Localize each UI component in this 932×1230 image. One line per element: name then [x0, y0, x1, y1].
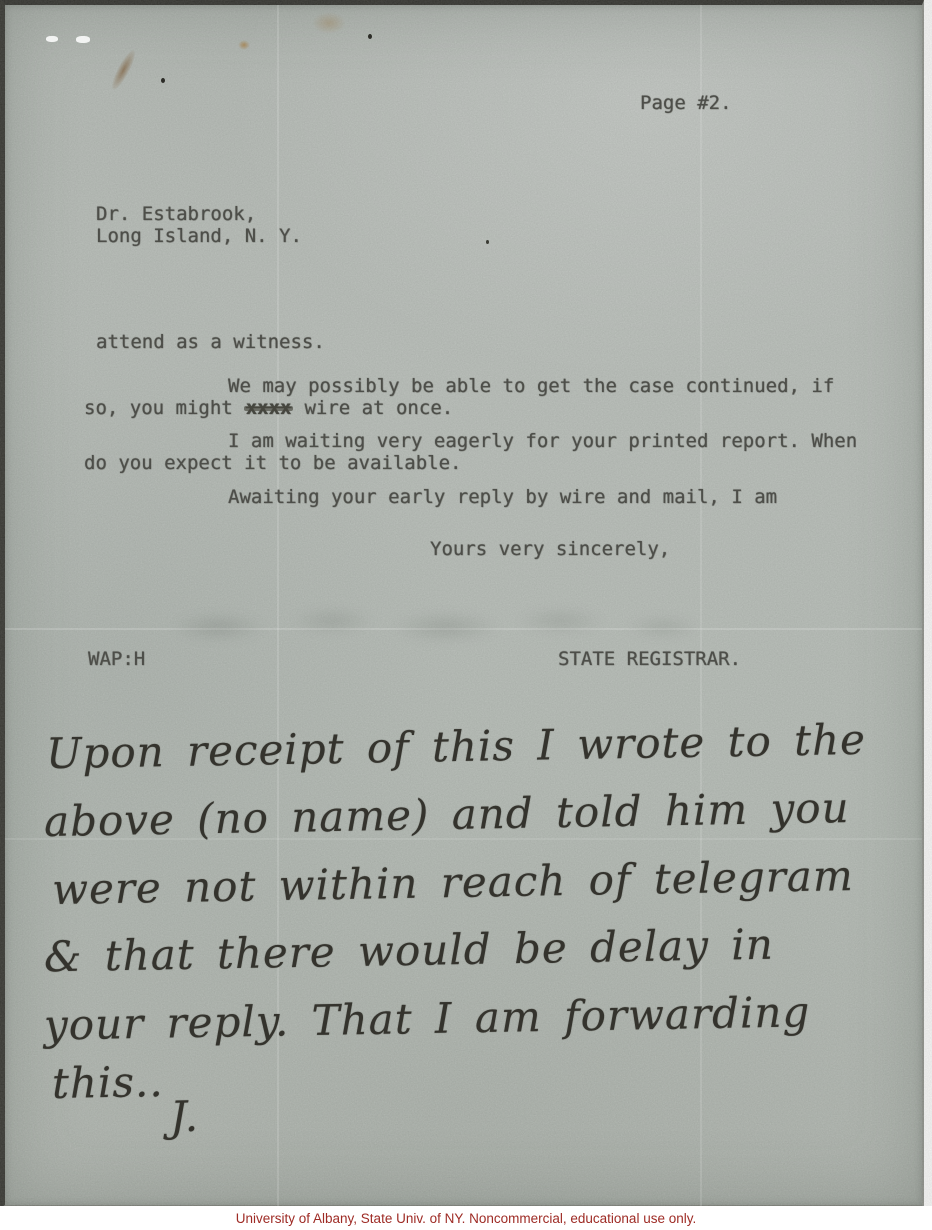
typed-line: do you expect it to be available.	[84, 452, 462, 474]
recipient-address: Long Island, N. Y.	[96, 225, 302, 247]
typed-line: so, you mightxxxxwire at once.	[84, 397, 453, 419]
typed-line: We may possibly be able to get the case …	[228, 375, 834, 397]
handwritten-line: this..	[52, 1057, 164, 1108]
typed-text: wire at once.	[304, 397, 453, 419]
footer-credit-text: University of Albany, State Univ. of NY.…	[236, 1211, 696, 1226]
handwritten-initial: J.	[170, 1092, 200, 1141]
typed-line: attend as a witness.	[96, 331, 325, 353]
typed-line: Awaiting your early reply by wire and ma…	[228, 486, 777, 508]
typist-initials: WAP:H	[88, 648, 145, 670]
signature-title: STATE REGISTRAR.	[558, 648, 741, 670]
footer-credit-bar: University of Albany, State Univ. of NY.…	[0, 1206, 932, 1230]
typed-line: I am waiting very eagerly for your print…	[228, 430, 857, 452]
scanned-letter-page: Page #2. Dr. Estabrook, Long Island, N. …	[0, 0, 932, 1230]
closing-line: Yours very sincerely,	[430, 538, 670, 560]
recipient-name: Dr. Estabrook,	[96, 203, 256, 225]
strikethrough-text: xxxx	[246, 397, 292, 419]
typed-text: so, you might	[84, 397, 233, 419]
page-number: Page #2.	[640, 92, 732, 114]
